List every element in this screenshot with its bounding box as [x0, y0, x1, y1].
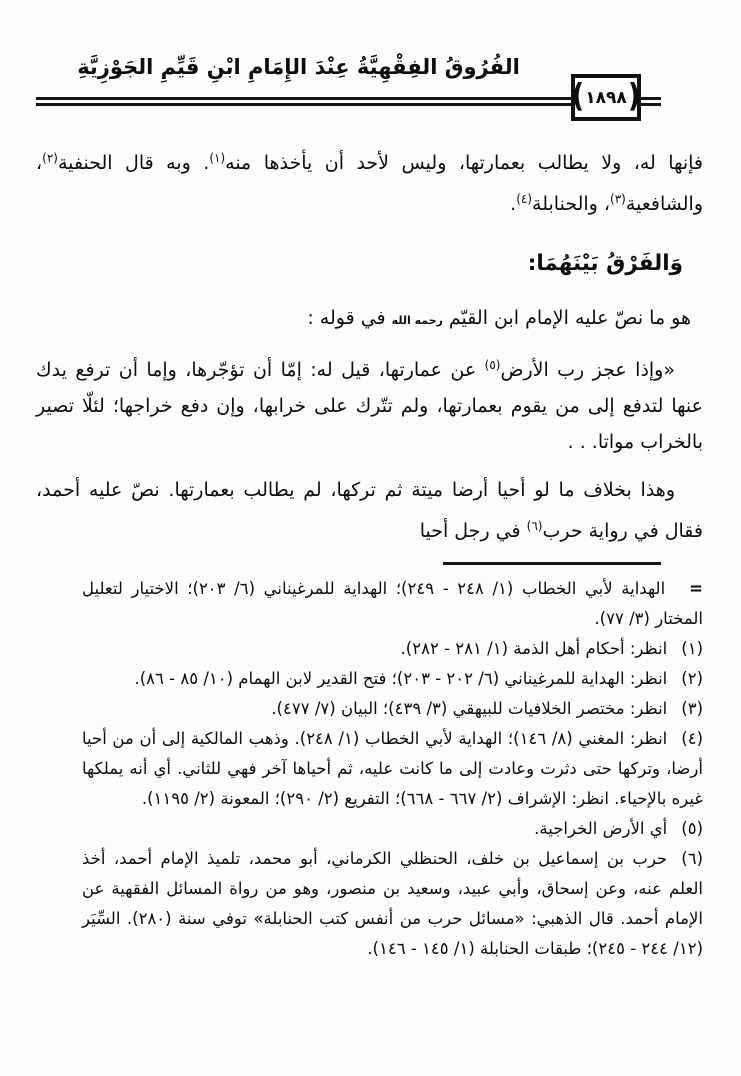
- footnote-2: (٢)انظر: الهداية للمرغيناني (٦/ ٢٠٢ - ٢٠…: [82, 664, 703, 694]
- footnote-5: (٥)أي الأرض الخراجية.: [82, 814, 703, 844]
- book-title: الفُرُوقُ الفِقْهِيَّةُ عِنْدَ الإِمَامِ…: [36, 55, 561, 79]
- paragraph-4-text: وهذا بخلاف ما لو أحيا أرضا ميتة ثم تركها…: [36, 479, 703, 542]
- main-text-block: فإنها له، ولا يطالب بعمارتها، وليس لأحد …: [36, 126, 703, 549]
- paragraph-3-quote: «وإذا عجز رب الأرض(٥) عن عمارتها، قيل له…: [36, 347, 703, 460]
- paragraph-1: فإنها له، ولا يطالب بعمارتها، وليس لأحد …: [36, 140, 703, 222]
- footnote-continuation: =الهداية لأبي الخطاب (١/ ٢٤٨ - ٢٤٩)؛ اله…: [82, 574, 703, 634]
- paragraph-1-text: . وبه قال الحنفية: [58, 152, 209, 174]
- paragraph-3-text: «وإذا عجز رب الأرض: [500, 359, 675, 381]
- page-number-badge: ( ١٨٩٨ ): [571, 74, 641, 121]
- paragraph-4: وهذا بخلاف ما لو أحيا أرضا ميتة ثم تركها…: [36, 472, 703, 549]
- book-page: الفُرُوقُ الفِقْهِيَّةُ عِنْدَ الإِمَامِ…: [0, 0, 741, 1076]
- footnote-continuation-text: الهداية لأبي الخطاب (١/ ٢٤٨ - ٢٤٩)؛ الهد…: [82, 579, 703, 628]
- footnote-1: (١)انظر: أحكام أهل الذمة (١/ ٢٨١ - ٢٨٢).: [82, 634, 703, 664]
- footnote-6: (٦)حرب بن إسماعيل بن خلف، الحنظلي الكرما…: [82, 844, 703, 964]
- page-number: ١٨٩٨: [584, 88, 628, 108]
- footnote-ref-1: (١): [209, 151, 225, 165]
- paragraph-2-text: هو ما نصّ عليه الإمام ابن القيّم: [443, 307, 691, 329]
- paragraph-1-text: ، والحنابلة: [532, 193, 610, 215]
- paragraph-4-text: في رجل أحيا: [420, 520, 527, 542]
- footnote-4-number: (٤): [681, 729, 703, 748]
- footnotes-inner: =الهداية لأبي الخطاب (١/ ٢٤٨ - ٢٤٩)؛ اله…: [36, 574, 703, 964]
- footnote-ref-3: (٣): [610, 192, 626, 206]
- footnote-3-text: انظر: مختصر الخلافيات للبيهقي (٣/ ٤٣٩)؛ …: [271, 699, 667, 718]
- footnote-4-text: انظر: المغني (٨/ ١٤٦)؛ الهداية لأبي الخط…: [82, 729, 703, 808]
- paragraph-1-text: فإنها له، ولا يطالب بعمارتها، وليس لأحد …: [225, 152, 703, 174]
- footnote-2-text: انظر: الهداية للمرغيناني (٦/ ٢٠٢ - ٢٠٣)؛…: [134, 669, 667, 688]
- footnote-6-text: حرب بن إسماعيل بن خلف، الحنظلي الكرماني،…: [82, 849, 703, 958]
- section-heading: وَالفَرْقُ بَيْنَهُمَا:: [36, 244, 703, 284]
- footnote-1-number: (١): [681, 639, 703, 658]
- header-double-rule: [36, 97, 661, 106]
- continuation-marker: =: [689, 579, 703, 598]
- footnotes-block: =الهداية لأبي الخطاب (١/ ٢٤٨ - ٢٤٩)؛ اله…: [36, 574, 703, 964]
- footnote-ref-4: (٤): [516, 192, 532, 206]
- footnote-1-text: انظر: أحكام أهل الذمة (١/ ٢٨١ - ٢٨٢).: [401, 639, 668, 658]
- footnote-ref-2: (٢): [42, 151, 58, 165]
- badge-close-paren: ): [571, 79, 584, 111]
- footnote-5-number: (٥): [681, 819, 703, 838]
- footnote-6-number: (٦): [681, 849, 703, 868]
- badge-open-paren: (: [628, 79, 641, 111]
- footnote-4: (٤)انظر: المغني (٨/ ١٤٦)؛ الهداية لأبي ا…: [82, 724, 703, 814]
- footnote-divider-rule: [443, 562, 661, 565]
- paragraph-2-text: في قوله :: [307, 307, 391, 329]
- honorific-rahimahullah: رحمه الله: [392, 314, 443, 327]
- footnote-ref-5: (٥): [485, 358, 501, 372]
- footnote-5-text: أي الأرض الخراجية.: [534, 819, 667, 838]
- footnote-2-number: (٢): [681, 669, 703, 688]
- paragraph-2: هو ما نصّ عليه الإمام ابن القيّم رحمه ال…: [36, 300, 703, 339]
- footnote-3-number: (٣): [681, 699, 703, 718]
- footnote-3: (٣)انظر: مختصر الخلافيات للبيهقي (٣/ ٤٣٩…: [82, 694, 703, 724]
- footnote-ref-6: (٦): [527, 519, 543, 533]
